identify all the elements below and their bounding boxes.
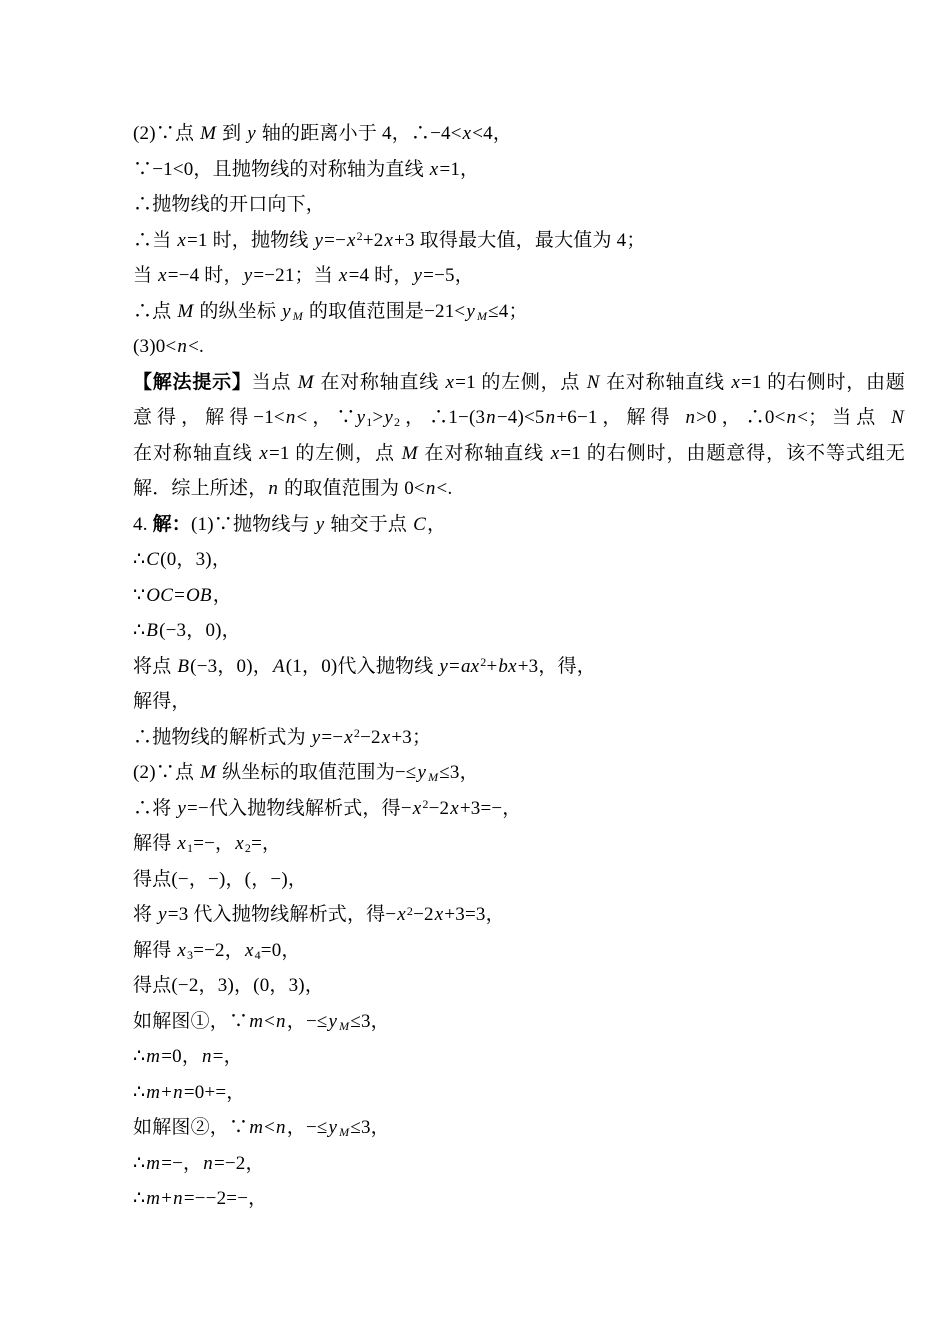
text-line: 解得 x3=−2，x4=0， <box>133 933 905 969</box>
text-line: ∴m+n=−−2=−， <box>133 1181 905 1217</box>
text-line: 得点(−，−)，(，−)， <box>133 862 905 898</box>
document-page: (2)∵点 M 到 y 轴的距离小于 4，∴−4<x<4，∵−1<0，且抛物线的… <box>0 0 950 1344</box>
text-line: ∴点 M 的纵坐标 yM 的取值范围是−21<yM≤4； <box>133 294 905 330</box>
text-line: 在对称轴直线 x=1 的左侧，点 M 在对称轴直线 x=1 的右侧时，由题意得，… <box>133 436 905 472</box>
text-line: ∴当 x=1 时，抛物线 y=−x2+2x+3 取得最大值，最大值为 4； <box>133 223 905 259</box>
text-line: ∴m=0，n=， <box>133 1039 905 1075</box>
text-line: (3)0<n<. <box>133 329 905 365</box>
text-line: 将 y=3 代入抛物线解析式，得−x2−2x+3=3， <box>133 897 905 933</box>
text-line: 将点 B(−3，0)，A(1，0)代入抛物线 y=ax2+bx+3，得， <box>133 649 905 685</box>
text-line: 4. 解：(1)∵抛物线与 y 轴交于点 C， <box>133 507 905 543</box>
text-line: (2)∵点 M 到 y 轴的距离小于 4，∴−4<x<4， <box>133 116 905 152</box>
text-line: ∴m+n=0+=， <box>133 1075 905 1111</box>
text-line: 意得，解得−1<n<，∵y1>y2，∴1−(3n−4)<5n+6−1，解得 n>… <box>133 400 905 436</box>
text-line: ∴B(−3，0)， <box>133 613 905 649</box>
text-line: ∴将 y=−代入抛物线解析式，得−x2−2x+3=−， <box>133 791 905 827</box>
text-line: ∵−1<0，且抛物线的对称轴为直线 x=1， <box>133 152 905 188</box>
text-line: ∴抛物线的解析式为 y=−x2−2x+3； <box>133 720 905 756</box>
text-line: ∴m=−，n=−2， <box>133 1146 905 1182</box>
text-line: (2)∵点 M 纵坐标的取值范围为−≤yM≤3， <box>133 755 905 791</box>
text-line: 【解法提示】当点 M 在对称轴直线 x=1 的左侧，点 N 在对称轴直线 x=1… <box>133 365 905 401</box>
text-line: 如解图②，∵m<n，−≤yM≤3， <box>133 1110 905 1146</box>
text-line: ∵OC=OB， <box>133 578 905 614</box>
text-line: 解得 x1=−，x2=， <box>133 826 905 862</box>
text-line: 解得， <box>133 684 905 720</box>
text-line: 如解图①，∵m<n，−≤yM≤3， <box>133 1004 905 1040</box>
text-line: 解．综上所述，n 的取值范围为 0<n<. <box>133 471 905 507</box>
text-line: 得点(−2，3)，(0，3)， <box>133 968 905 1004</box>
text-line: 当 x=−4 时，y=−21；当 x=4 时，y=−5， <box>133 258 905 294</box>
text-line: ∴抛物线的开口向下， <box>133 187 905 223</box>
solution-text: (2)∵点 M 到 y 轴的距离小于 4，∴−4<x<4，∵−1<0，且抛物线的… <box>133 116 905 1217</box>
text-line: ∴C(0，3)， <box>133 542 905 578</box>
